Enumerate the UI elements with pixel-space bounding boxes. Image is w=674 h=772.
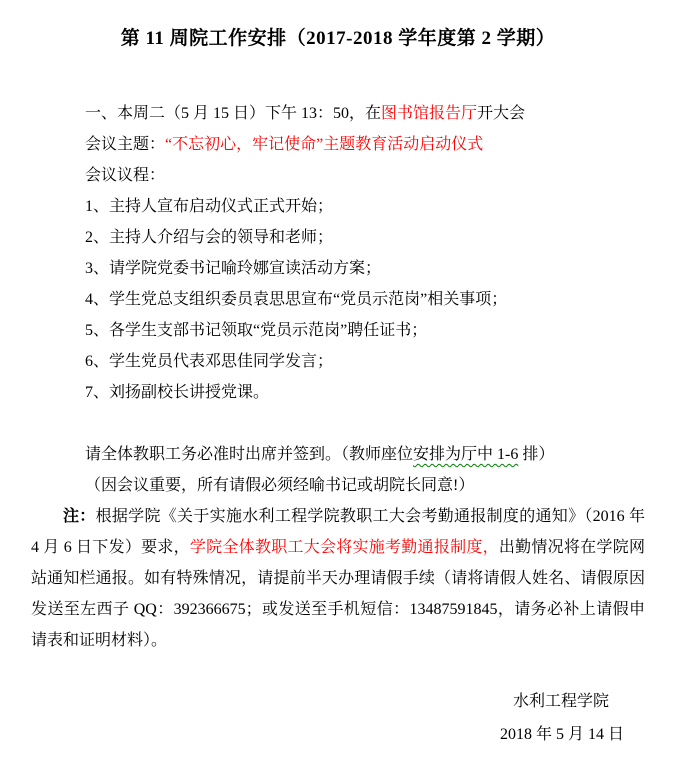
text-run: 7、刘扬副校长讲授党课。 (85, 384, 269, 401)
document-page: 第 11 周院工作安排（2017-2018 学年度第 2 学期） 一、本周二（5… (0, 0, 674, 772)
note-label: 注： (63, 508, 96, 525)
text-run: 会议议程： (85, 167, 165, 184)
document-title: 第 11 周院工作安排（2017-2018 学年度第 2 学期） (31, 24, 645, 54)
blank-line (31, 408, 645, 439)
paragraph-leave-approval-note: （因会议重要，所有请假必须经喻书记或胡院长同意!） (31, 470, 645, 501)
highlight-attendance-policy: 学院全体教职工大会将实施考勤通报制度， (190, 539, 499, 556)
text-run: 6、学生党员代表邓思佳同学发言； (85, 353, 333, 370)
text-run: 开大会 (477, 105, 525, 122)
agenda-item-6: 6、学生党员代表邓思佳同学发言； (31, 346, 645, 377)
paragraph-meeting-theme: 会议主题：“不忘初心，牢记使命”主题教育活动启动仪式 (31, 129, 645, 160)
paragraph-attendance-request: 请全体教职工务必准时出席并签到。（教师座位安排为厅中 1-6 排） (31, 439, 645, 470)
text-run: 5、各学生支部书记领取“党员示范岗”聘任证书； (85, 322, 427, 339)
text-run: 一、本周二（5 月 15 日）下午 13：50，在 (85, 105, 381, 122)
signature-date: 2018 年 5 月 14 日 (31, 718, 645, 751)
signature-block: 水利工程学院 2018 年 5 月 14 日 (31, 685, 645, 751)
text-run: 4、学生党总支组织委员袁思思宣布“党员示范岗”相关事项； (85, 291, 507, 308)
agenda-item-5: 5、各学生支部书记领取“党员示范岗”聘任证书； (31, 315, 645, 346)
paragraph-attendance-policy-note: 注：根据学院《关于实施水利工程学院教职工大会考勤通报制度的通知》（2016 年 … (31, 501, 645, 656)
agenda-item-7: 7、刘扬副校长讲授党课。 (31, 377, 645, 408)
text-run: 3、请学院党委书记喻玲娜宣读活动方案； (85, 260, 381, 277)
highlight-meeting-venue: 图书馆报告厅 (381, 105, 477, 122)
text-run: （因会议重要，所有请假必须经喻书记或胡院长同意!） (85, 477, 474, 494)
paragraph-meeting-announcement: 一、本周二（5 月 15 日）下午 13：50，在图书馆报告厅开大会 (31, 98, 645, 129)
agenda-item-1: 1、主持人宣布启动仪式正式开始； (31, 191, 645, 222)
agenda-item-2: 2、主持人介绍与会的领导和老师； (31, 222, 645, 253)
paragraph-agenda-heading: 会议议程： (31, 160, 645, 191)
signature-organization: 水利工程学院 (31, 685, 645, 718)
agenda-item-3: 3、请学院党委书记喻玲娜宣读活动方案； (31, 253, 645, 284)
spellcheck-underlined-text: 安排为厅中 1-6 (413, 446, 518, 463)
text-run: 会议主题： (85, 136, 165, 153)
text-run: 请全体教职工务必准时出席并签到。（教师座位 (85, 446, 413, 463)
text-run: 排） (518, 446, 554, 463)
highlight-meeting-theme: “不忘初心，牢记使命”主题教育活动启动仪式 (165, 136, 483, 153)
text-run: 1、主持人宣布启动仪式正式开始； (85, 198, 333, 215)
agenda-item-4: 4、学生党总支组织委员袁思思宣布“党员示范岗”相关事项； (31, 284, 645, 315)
text-run: 2、主持人介绍与会的领导和老师； (85, 229, 333, 246)
